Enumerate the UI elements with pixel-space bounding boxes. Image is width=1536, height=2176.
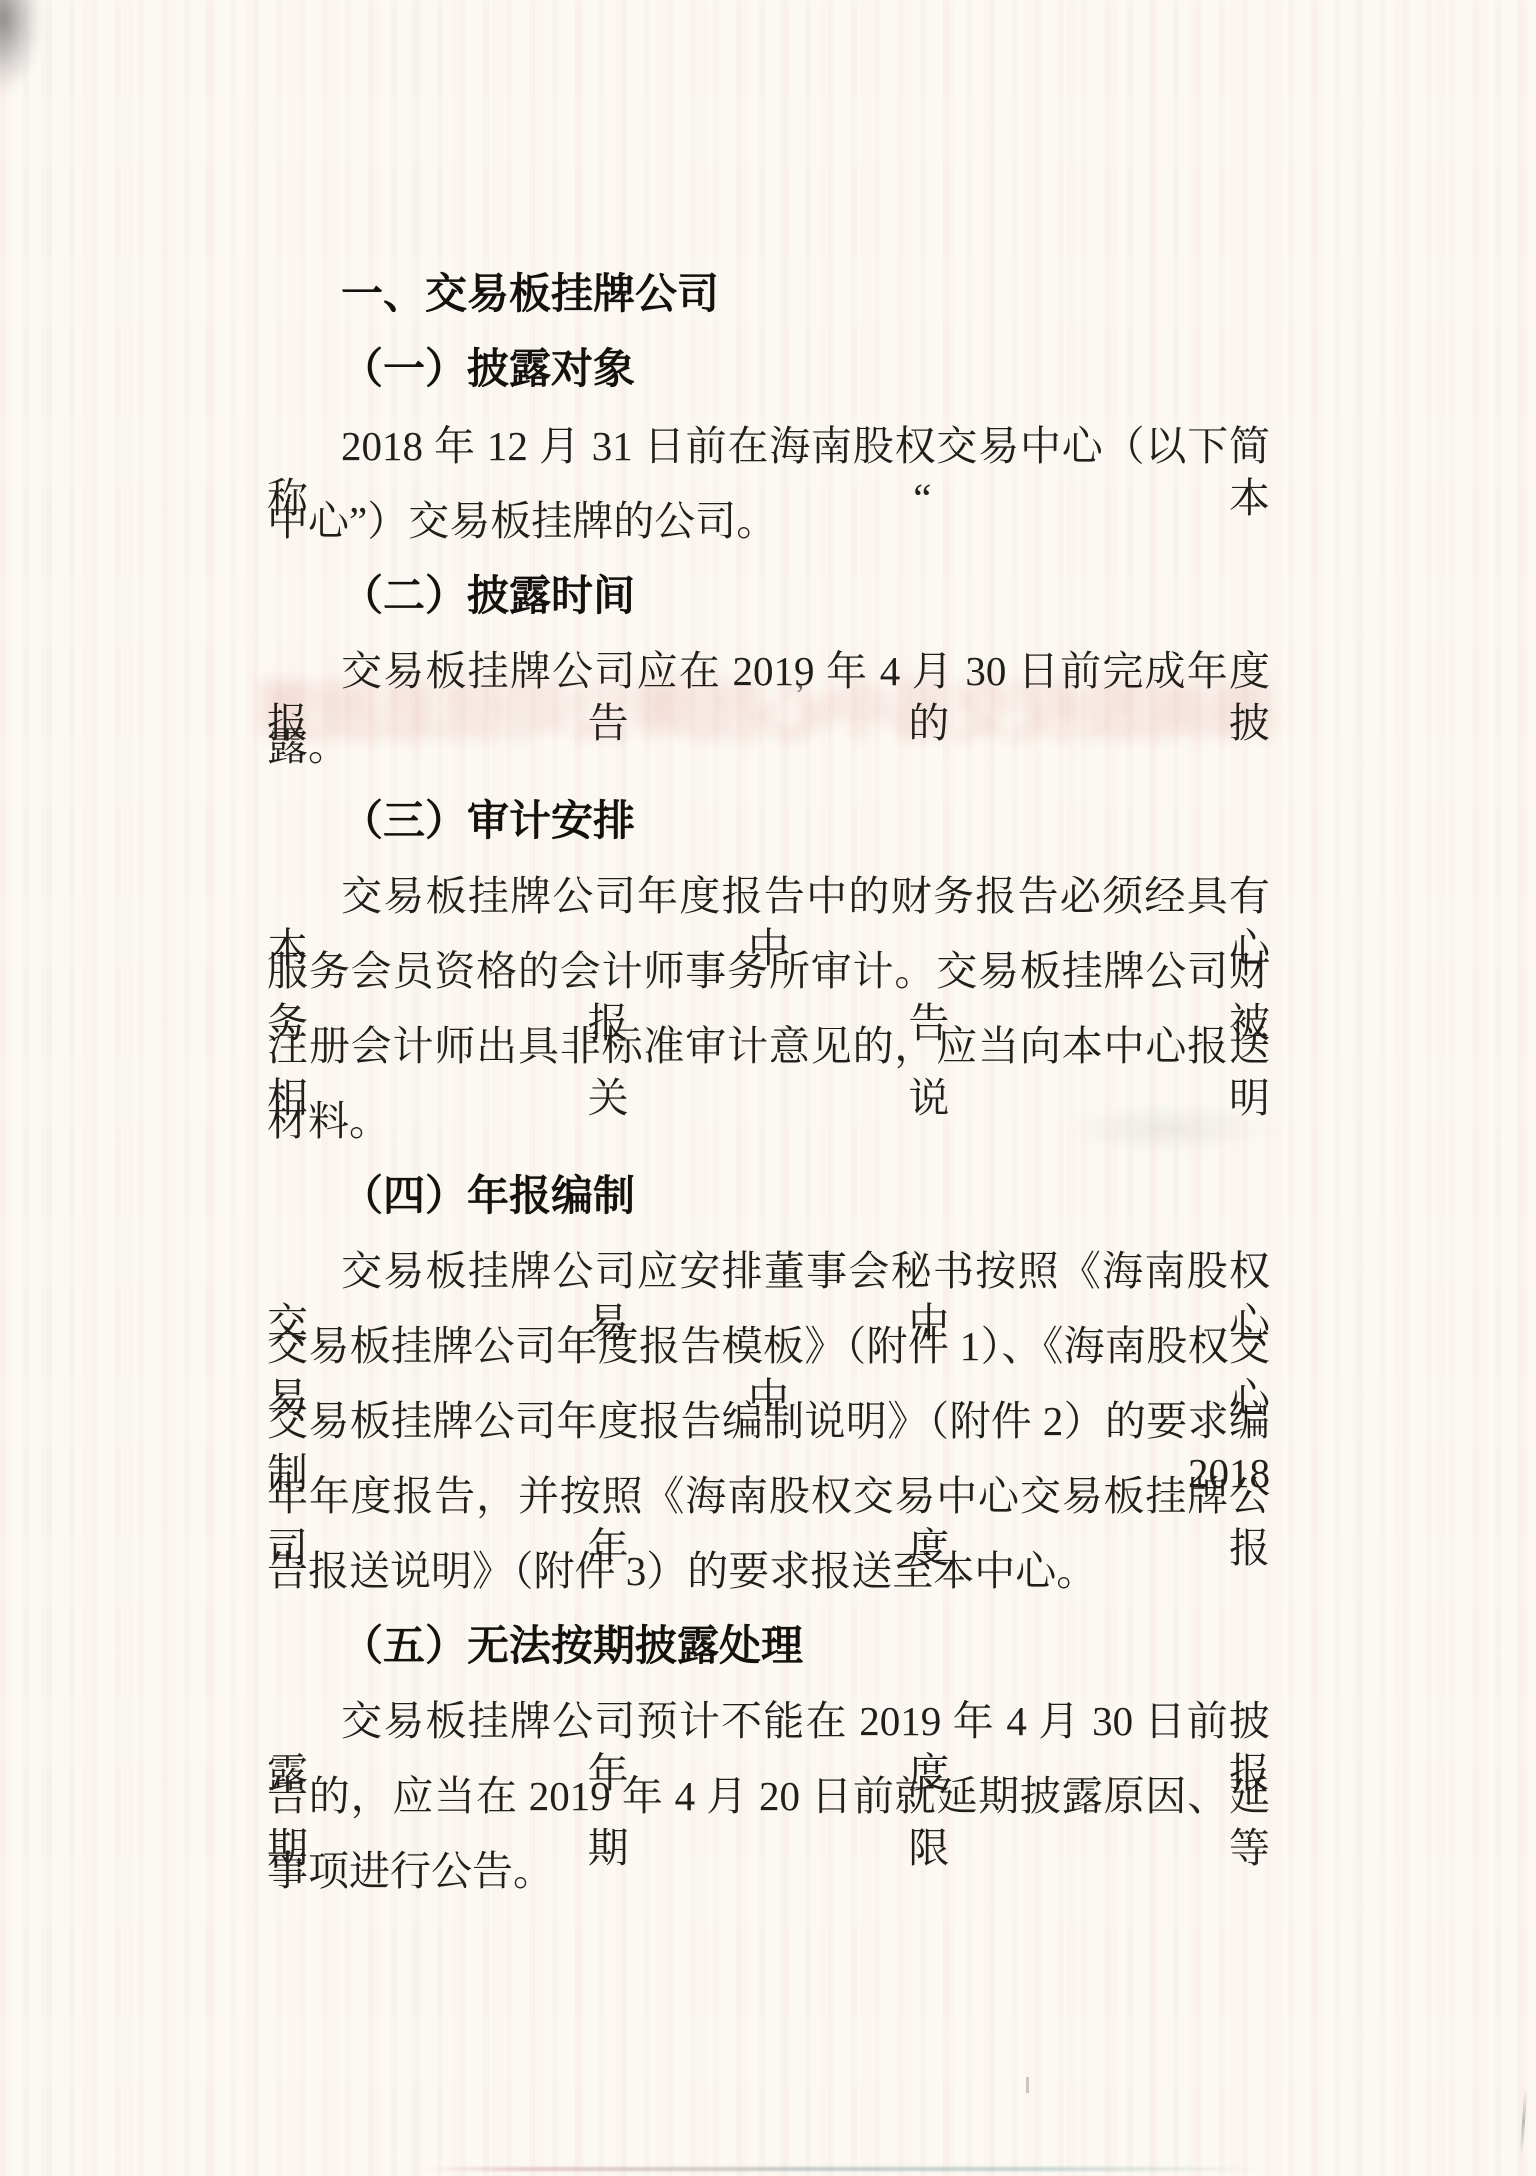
para-annual-report-preparation-line-1: 交易板挂牌公司应安排董事会秘书按照《海南股权交易中心 [267, 1245, 1270, 1301]
para-disclosure-time-line-1: 交易板挂牌公司应在 2019 年 4 月 30 日前完成年度报告的披 [267, 645, 1270, 701]
heading-1-1-disclosure-target: （一）披露对象 [267, 343, 1270, 399]
heading-section-1: 一、交易板挂牌公司 [267, 268, 1270, 324]
para-annual-report-preparation-line-5: 告报送说明》（附件 3）的要求报送至本中心。 [267, 1545, 1270, 1601]
heading-1-5-late-disclosure-handling: （五）无法按期披露处理 [267, 1620, 1270, 1676]
para-audit-arrangement-line-1: 交易板挂牌公司年度报告中的财务报告必须经具有本中心 [267, 870, 1270, 926]
para-audit-arrangement-line-3: 注册会计师出具非标准审计意见的，应当向本中心报送相关说明 [267, 1020, 1270, 1076]
para-audit-arrangement-line-2: 服务会员资格的会计师事务所审计。交易板挂牌公司财务报告被 [267, 945, 1270, 1001]
scan-edge-tick [1026, 2077, 1029, 2093]
para-annual-report-preparation-line-2: 交易板挂牌公司年度报告模板》（附件 1）、《海南股权交易中心 [267, 1320, 1270, 1376]
para-disclosure-target-line-1: 2018 年 12 月 31 日前在海南股权交易中心（以下简称 “本 [267, 420, 1270, 476]
para-annual-report-preparation-line-3: 交易板挂牌公司年度报告编制说明》（附件 2）的要求编制 2018 [267, 1395, 1270, 1451]
scan-edge-line-right [1520, 2088, 1528, 2156]
heading-1-2-disclosure-time: （二）披露时间 [267, 570, 1270, 626]
heading-1-4-annual-report-preparation: （四）年报编制 [267, 1170, 1270, 1226]
scan-edge-line-bottom [425, 2167, 1260, 2171]
para-annual-report-preparation-line-4: 年年度报告，并按照《海南股权交易中心交易板挂牌公司年度报 [267, 1470, 1270, 1526]
para-disclosure-time-line-2: 露。 [267, 720, 1270, 776]
para-late-disclosure-handling-line-1: 交易板挂牌公司预计不能在 2019 年 4 月 30 日前披露年度报 [267, 1695, 1270, 1751]
heading-1-3-audit-arrangement: （三）审计安排 [267, 795, 1270, 851]
para-late-disclosure-handling-line-2: 告的，应当在 2019 年 4 月 20 日前就延期披露原因、延期期限等 [267, 1770, 1270, 1826]
scanned-document-page: 海南股权交易中心挂牌公司信息披露 ’ 一、交易板挂牌公司 （一）披露对象 201… [0, 0, 1536, 2176]
scan-corner-smudge [0, 0, 42, 94]
para-late-disclosure-handling-line-3: 事项进行公告。 [267, 1845, 1270, 1901]
para-disclosure-target-line-2: 中心”）交易板挂牌的公司。 [267, 495, 1270, 551]
para-audit-arrangement-line-4: 材料。 [267, 1095, 1270, 1151]
